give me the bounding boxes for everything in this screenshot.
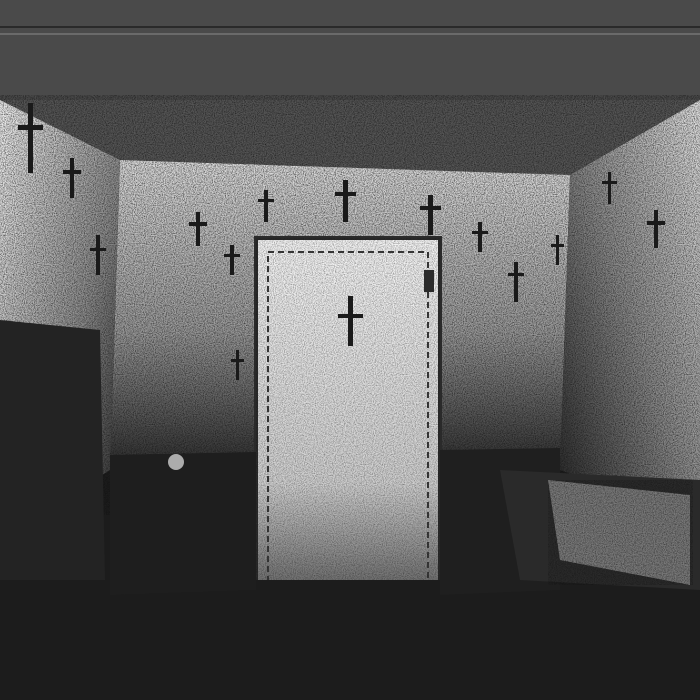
small-object bbox=[168, 454, 184, 470]
door-hinge bbox=[424, 270, 434, 292]
door bbox=[256, 238, 440, 588]
center-left-furniture bbox=[110, 452, 256, 595]
photo-scene bbox=[0, 0, 700, 700]
left-furniture bbox=[0, 320, 105, 580]
room-illustration bbox=[0, 0, 700, 700]
